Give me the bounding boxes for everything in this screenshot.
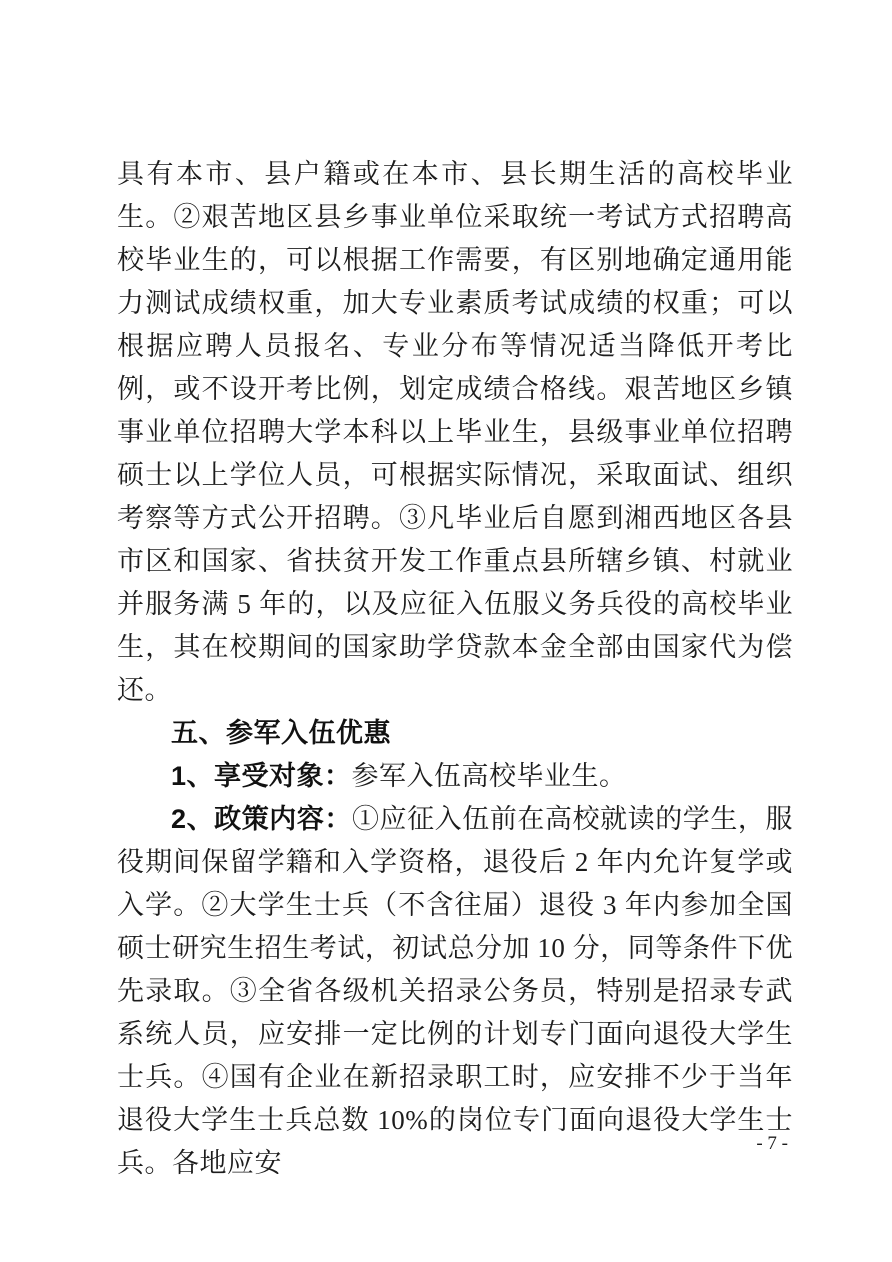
- paragraph-item-1-text: 参军入伍高校毕业生。: [352, 761, 627, 791]
- section-heading: 五、参军入伍优惠: [117, 712, 793, 755]
- paragraph-item-1-label: 1、享受对象：: [171, 761, 352, 791]
- paragraph-item-2: 2、政策内容：①应征入伍前在高校就读的学生，服役期间保留学籍和入学资格，退役后 …: [117, 798, 793, 1185]
- document-page: 具有本市、县户籍或在本市、县长期生活的高校毕业生。②艰苦地区县乡事业单位采取统一…: [0, 0, 892, 1262]
- paragraph-item-1: 1、享受对象：参军入伍高校毕业生。: [117, 755, 793, 798]
- paragraph-continuation: 具有本市、县户籍或在本市、县长期生活的高校毕业生。②艰苦地区县乡事业单位采取统一…: [117, 153, 793, 712]
- page-number: - 7 -: [756, 1132, 788, 1156]
- document-text-block: 具有本市、县户籍或在本市、县长期生活的高校毕业生。②艰苦地区县乡事业单位采取统一…: [117, 153, 793, 1185]
- paragraph-item-2-label: 2、政策内容：: [171, 804, 352, 834]
- paragraph-text: 具有本市、县户籍或在本市、县长期生活的高校毕业生。②艰苦地区县乡事业单位采取统一…: [117, 159, 793, 705]
- paragraph-item-2-text: ①应征入伍前在高校就读的学生，服役期间保留学籍和入学资格，退役后 2 年内允许复…: [117, 804, 793, 1178]
